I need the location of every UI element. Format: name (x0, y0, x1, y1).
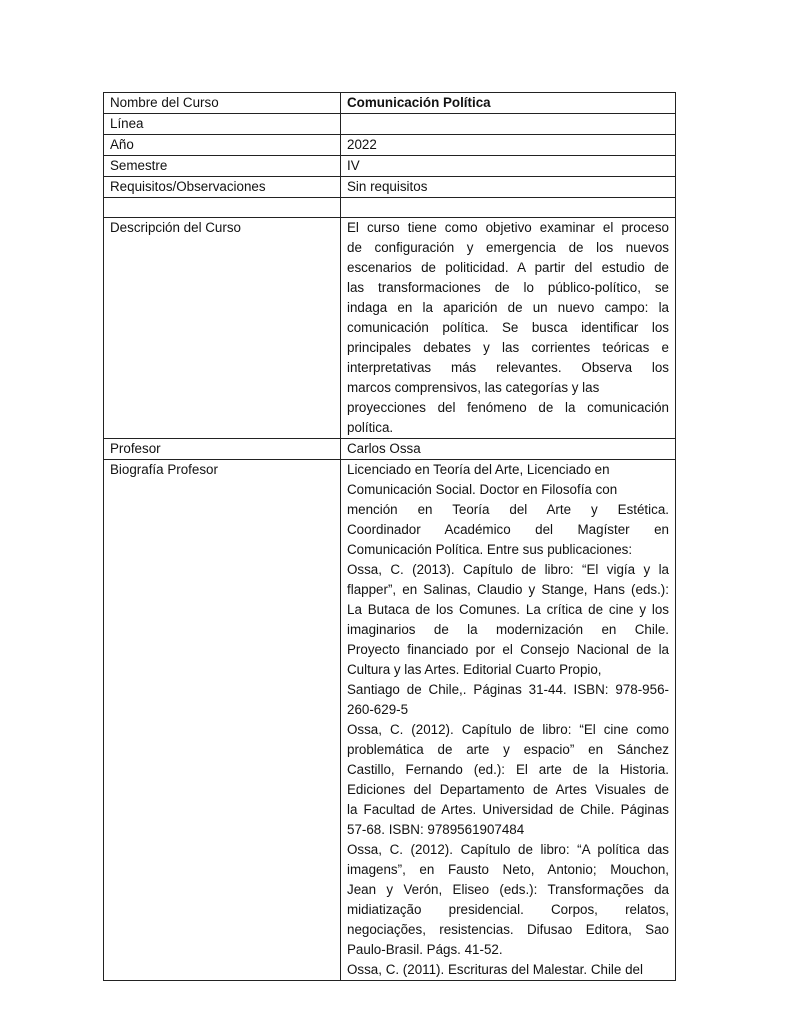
text-line: Jean y Verón, Eliseo (eds.): Transformaç… (347, 880, 669, 900)
value-semestre: IV (341, 156, 676, 177)
text-line: Comunicación Social. Doctor en Filosofía… (347, 480, 669, 500)
text-line: indaga en la aparición de un nuevo campo… (347, 298, 669, 318)
label-nombre-curso: Nombre del Curso (104, 93, 341, 114)
row-biografia: Biografía Profesor Licenciado en Teoría … (104, 459, 676, 980)
text-line: La Butaca de los Comunes. La crítica de … (347, 600, 669, 620)
text-line: Ossa, C. (2013). Capítulo de libro: “El … (347, 560, 669, 580)
text-line: Proyecto financiado por el Consejo Nacio… (347, 640, 669, 660)
label-profesor: Profesor (104, 438, 341, 459)
text-line: Ossa, C. (2012). Capítulo de libro: “A p… (347, 840, 669, 860)
text-line: Ossa, C. (2012). Capítulo de libro: “El … (347, 720, 669, 740)
biografia-text: Licenciado en Teoría del Arte, Licenciad… (347, 460, 669, 980)
text-line: Paulo-Brasil. Págs. 41-52. (347, 940, 669, 960)
label-biografia: Biografía Profesor (104, 459, 341, 980)
row-requisitos: Requisitos/Observaciones Sin requisitos (104, 177, 676, 198)
text-line: Licenciado en Teoría del Arte, Licenciad… (347, 460, 669, 480)
label-empty (104, 198, 341, 218)
value-biografia: Licenciado en Teoría del Arte, Licenciad… (341, 459, 676, 980)
value-descripcion: El curso tiene como objetivo examinar el… (341, 217, 676, 438)
value-nombre-curso: Comunicación Política (341, 93, 676, 114)
row-linea: Línea (104, 114, 676, 135)
text-line: interpretativas más relevantes. Observa … (347, 358, 669, 378)
label-descripcion: Descripción del Curso (104, 217, 341, 438)
text-line: flapper”, en Salinas, Claudio y Stange, … (347, 580, 669, 600)
text-line: Santiago de Chile,. Páginas 31-44. ISBN:… (347, 680, 669, 700)
row-empty (104, 198, 676, 218)
text-line: Coordinador Académico del Magíster en (347, 520, 669, 540)
row-semestre: Semestre IV (104, 156, 676, 177)
text-line: problemática de arte y espacio” en Sánch… (347, 740, 669, 760)
course-info-table: Nombre del Curso Comunicación Política L… (103, 92, 676, 981)
text-line: principales debates y las corrientes teó… (347, 338, 669, 358)
row-descripcion: Descripción del Curso El curso tiene com… (104, 217, 676, 438)
text-line: Castillo, Fernando (ed.): El arte de la … (347, 760, 669, 780)
text-line: 57-68. ISBN: 9789561907484 (347, 820, 669, 840)
value-requisitos: Sin requisitos (341, 177, 676, 198)
text-line: escenarios de politicidad. A partir del … (347, 258, 669, 278)
text-line: negociações, resistencias. Difusao Edito… (347, 920, 669, 940)
document-page: Nombre del Curso Comunicación Política L… (0, 0, 800, 1035)
text-line: las transformaciones de lo público-polít… (347, 278, 669, 298)
text-line: midiatização presidencial. Corpos, relat… (347, 900, 669, 920)
row-profesor: Profesor Carlos Ossa (104, 438, 676, 459)
text-line: marcos comprensivos, las categorías y la… (347, 378, 669, 398)
text-line: mención en Teoría del Arte y Estética. (347, 500, 669, 520)
row-anio: Año 2022 (104, 135, 676, 156)
text-line: Comunicación Política. Entre sus publica… (347, 540, 669, 560)
text-line: Cultura y las Artes. Editorial Cuarto Pr… (347, 660, 669, 680)
text-line: El curso tiene como objetivo examinar el… (347, 218, 669, 238)
label-semestre: Semestre (104, 156, 341, 177)
text-line: imaginarios de la modernización en Chile… (347, 620, 669, 640)
text-line: la Facultad de Artes. Universidad de Chi… (347, 800, 669, 820)
value-empty (341, 198, 676, 218)
descripcion-text: El curso tiene como objetivo examinar el… (347, 218, 669, 438)
label-requisitos: Requisitos/Observaciones (104, 177, 341, 198)
label-linea: Línea (104, 114, 341, 135)
text-line: política. (347, 418, 669, 438)
text-line: 260-629-5 (347, 700, 669, 720)
text-line: imagens”, en Fausto Neto, Antonio; Mouch… (347, 860, 669, 880)
text-line: Ediciones del Departamento de Artes Visu… (347, 780, 669, 800)
value-linea (341, 114, 676, 135)
text-line: comunicación política. Se busca identifi… (347, 318, 669, 338)
label-anio: Año (104, 135, 341, 156)
value-profesor: Carlos Ossa (341, 438, 676, 459)
value-anio: 2022 (341, 135, 676, 156)
row-nombre-curso: Nombre del Curso Comunicación Política (104, 93, 676, 114)
text-line: proyecciones del fenómeno de la comunica… (347, 398, 669, 418)
text-line: de configuración y emergencia de los nue… (347, 238, 669, 258)
text-line: Ossa, C. (2011). Escrituras del Malestar… (347, 960, 669, 980)
